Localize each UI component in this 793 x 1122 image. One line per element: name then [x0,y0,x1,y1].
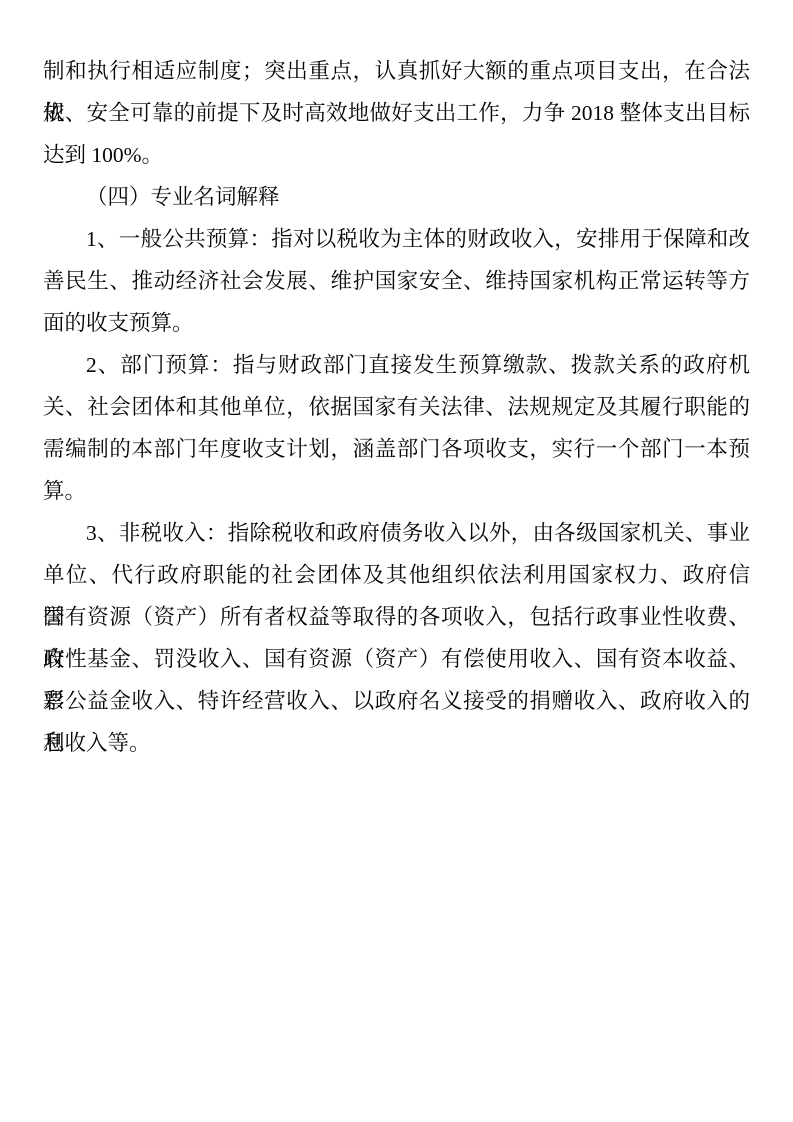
text-line: 算。 [43,470,750,512]
paragraph-definition-2: 2、部门预算：指与财政部门直接发生预算缴款、拨款关系的政府机 关、社会团体和其他… [43,344,750,512]
text-line: 3、非税收入：指除税收和政府债务收入以外，由各级国家机关、事业 [43,512,750,554]
paragraph-definition-1: 1、一般公共预算：指对以税收为主体的财政收入，安排用于保障和改 善民生、推动经济… [43,218,750,344]
text-line: 达到 100%。 [43,134,750,176]
text-line: 单位、代行政府职能的社会团体及其他组织依法利用国家权力、政府信誉、 [43,554,750,596]
text-line: 善民生、推动经济社会发展、维护国家安全、维持国家机构正常运转等方 [43,260,750,302]
text-line: 国有资源（资产）所有者权益等取得的各项收入，包括行政事业性收费、政 [43,596,750,638]
section-heading: （四）专业名词解释 [43,176,750,218]
section-heading-text: （四）专业名词解释 [43,176,750,218]
paragraph-continuation: 制和执行相适应制度；突出重点，认真抓好大额的重点项目支出，在合法依 规、安全可靠… [43,50,750,176]
text-line: 府性基金、罚没收入、国有资源（资产）有偿使用收入、国有资本收益、彩 [43,638,750,680]
text-line: 2、部门预算：指与财政部门直接发生预算缴款、拨款关系的政府机 [43,344,750,386]
text-line: 制和执行相适应制度；突出重点，认真抓好大额的重点项目支出，在合法依 [43,50,750,92]
text-line: 票公益金收入、特许经营收入、以政府名义接受的捐赠收入、政府收入的利 [43,680,750,722]
text-line: 规、安全可靠的前提下及时高效地做好支出工作，力争 2018 整体支出目标 [43,92,750,134]
paragraph-definition-3: 3、非税收入：指除税收和政府债务收入以外，由各级国家机关、事业 单位、代行政府职… [43,512,750,764]
text-line: 1、一般公共预算：指对以税收为主体的财政收入，安排用于保障和改 [43,218,750,260]
document-page: 制和执行相适应制度；突出重点，认真抓好大额的重点项目支出，在合法依 规、安全可靠… [0,0,793,1122]
text-line: 面的收支预算。 [43,302,750,344]
text-line: 需编制的本部门年度收支计划，涵盖部门各项收支，实行一个部门一本预 [43,428,750,470]
text-line: 息收入等。 [43,722,750,764]
text-line: 关、社会团体和其他单位，依据国家有关法律、法规规定及其履行职能的 [43,386,750,428]
